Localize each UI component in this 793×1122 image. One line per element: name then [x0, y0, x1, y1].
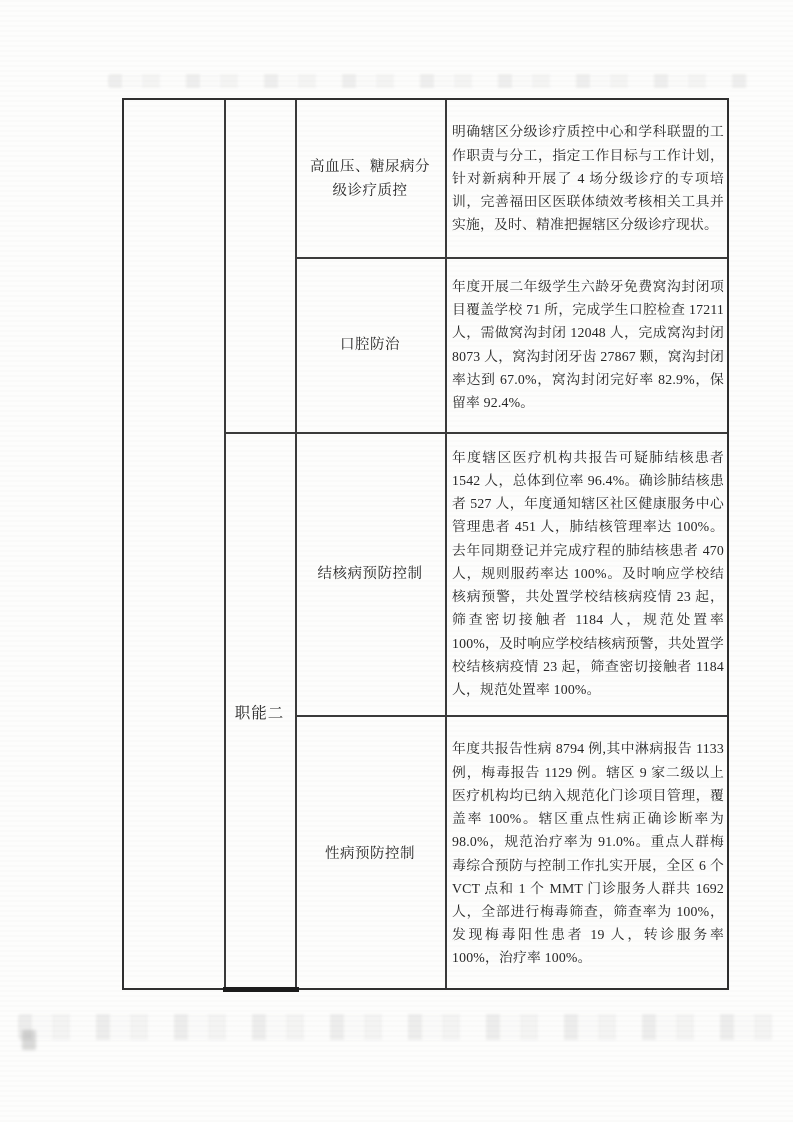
- category-cell-hypertension-diabetes: 高血压、糖尿病分级诊疗质控: [295, 100, 445, 257]
- category-cell-oral-health: 口腔防治: [295, 257, 445, 432]
- performance-table: 职能二 高血压、糖尿病分级诊疗质控 明确辖区分级诊疗质控中心和学科联盟的工作职责…: [122, 98, 729, 990]
- category-cell-tuberculosis: 结核病预防控制: [295, 432, 445, 715]
- scan-artifact-top: [108, 74, 748, 88]
- scan-artifact-corner: [22, 1030, 36, 1050]
- scanned-document-page: 职能二 高血压、糖尿病分级诊疗质控 明确辖区分级诊疗质控中心和学科联盟的工作职责…: [0, 0, 793, 1122]
- detail-cell-tuberculosis: 年度辖区医疗机构共报告可疑肺结核患者 1542 人，总体到位率 96.4%。确诊…: [445, 432, 731, 715]
- detail-cell-hypertension-diabetes: 明确辖区分级诊疗质控中心和学科联盟的工作职责与分工，指定工作目标与工作计划，针对…: [445, 100, 731, 257]
- scan-artifact-bottom: [18, 1014, 774, 1040]
- function-group-cell: 职能二: [224, 432, 295, 992]
- detail-cell-oral-health: 年度开展二年级学生六龄牙免费窝沟封闭项目覆盖学校 71 所，完成学生口腔检查 1…: [445, 257, 731, 432]
- category-cell-std-prevention: 性病预防控制: [295, 715, 445, 992]
- detail-cell-std-prevention: 年度共报告性病 8794 例,其中淋病报告 1133 例，梅毒报告 1129 例…: [445, 715, 731, 992]
